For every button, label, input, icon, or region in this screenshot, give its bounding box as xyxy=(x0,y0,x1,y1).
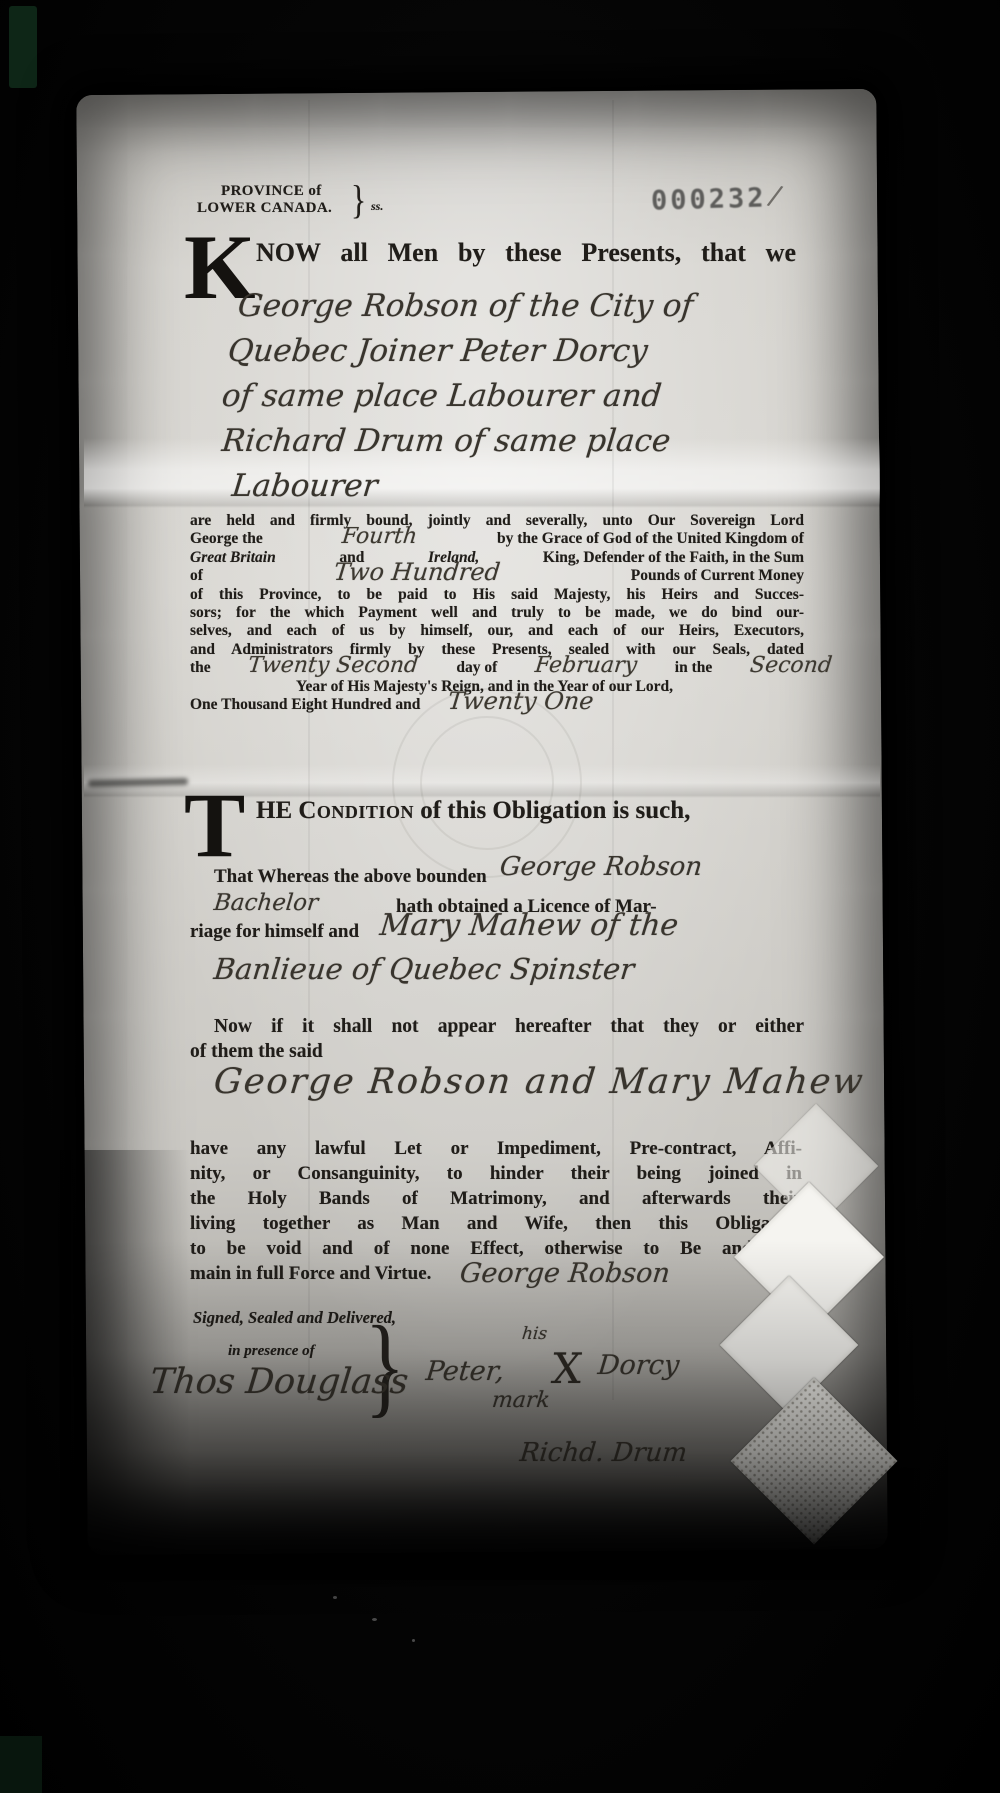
handwritten-groom-status: Bachelor xyxy=(213,890,320,916)
handwritten-bride-name: Mary Mahew of the xyxy=(378,908,680,943)
proviso-clause-line: of them the said xyxy=(190,1041,323,1063)
film-edge-patch-bottom-left xyxy=(0,1736,42,1793)
handwritten-insert-day: Twenty Second xyxy=(248,661,419,671)
defeasance-line: have any lawful Let or Impediment, Pre-c… xyxy=(190,1136,802,1161)
bond-line: of Two Hundred Pounds of Current Money xyxy=(190,567,804,585)
handwritten-obligor-line: George Robson of the City of xyxy=(236,288,695,324)
bond-line: One Thousand Eight Hundred and Twenty On… xyxy=(190,696,804,714)
condition-heading-smallcaps: Condition xyxy=(298,797,414,824)
opening-heading: NOW all Men by these Presents, that we xyxy=(256,238,796,268)
print-fragment: One Thousand Eight Hundred and xyxy=(190,696,420,713)
handwritten-couple-names: George Robson and Mary Mahew xyxy=(212,1062,867,1102)
print-fragment-italic: Great Britain xyxy=(190,549,276,567)
handwritten-obligor-line: Richard Drum of same place xyxy=(220,423,672,459)
handwritten-insert-month: February xyxy=(535,661,638,671)
print-fragment: of xyxy=(190,567,203,585)
handwritten-obligor-line: of same place Labourer and xyxy=(220,378,663,414)
bond-line: George the Fourth by the Grace of God of… xyxy=(190,530,804,548)
print-fragment: in the xyxy=(675,659,712,677)
whereas-clause: That Whereas the above bounden xyxy=(214,866,487,888)
paper-shadow-bottom xyxy=(60,1240,920,1580)
film-speck xyxy=(412,1639,415,1642)
jurat-abbreviation: ss. xyxy=(371,199,383,214)
embossed-seal-watermark xyxy=(420,716,554,850)
defeasance-line: nity, or Consanguinity, to hinder their … xyxy=(190,1161,802,1186)
dropcap-T: T xyxy=(184,782,245,868)
bond-line: sors; for the which Payment well and tru… xyxy=(190,604,804,622)
handwritten-insert-regnal: Fourth xyxy=(342,532,418,542)
print-fragment: George the xyxy=(190,530,263,548)
film-edge-patch-top-left xyxy=(9,6,37,88)
film-speck xyxy=(333,1596,337,1599)
province-caption-line2: LOWER CANADA. xyxy=(197,200,332,217)
archive-stamp-number: 000232 xyxy=(651,182,767,216)
defeasance-line: living together as Man and Wife, then th… xyxy=(190,1211,802,1236)
proviso-clause-line: Now if it shall not appear hereafter tha… xyxy=(214,1016,804,1038)
bond-line: of this Province, to be paid to His said… xyxy=(190,586,804,604)
licence-clause-continued: riage for himself and xyxy=(190,921,359,943)
header-brace: } xyxy=(351,176,366,223)
print-fragment: the xyxy=(190,659,211,677)
bond-line: the Twenty Second day of February in the… xyxy=(190,659,804,677)
bond-obligation-paragraph: are held and firmly bound, jointly and s… xyxy=(190,512,804,714)
handwritten-insert-sum: Two Hundred xyxy=(333,567,500,577)
microfilm-scan-page: PROVINCE of LOWER CANADA. } ss. 000232 /… xyxy=(0,0,1000,1793)
print-fragment: day of xyxy=(456,659,497,677)
print-fragment: Pounds of Current Money xyxy=(631,567,804,585)
bond-line: are held and firmly bound, jointly and s… xyxy=(190,512,804,530)
handwritten-obligor-line: Labourer xyxy=(230,468,379,504)
province-caption-line1: PROVINCE of xyxy=(197,183,332,200)
print-fragment: by the Grace of God of the United Kingdo… xyxy=(497,530,804,548)
print-fragment: King, Defender of the Faith, in the Sum xyxy=(543,549,804,567)
handwritten-bride-residence: Banlieue of Quebec Spinster xyxy=(212,952,636,986)
bond-line: selves, and each of us by himself, our, … xyxy=(190,622,804,640)
province-caption: PROVINCE of LOWER CANADA. xyxy=(197,183,332,217)
film-speck xyxy=(372,1618,377,1621)
defeasance-line: the Holy Bands of Matrimony, and afterwa… xyxy=(190,1186,802,1211)
handwritten-groom-name: George Robson xyxy=(498,852,703,882)
condition-heading: HE Condition of this Obligation is such, xyxy=(256,797,800,825)
handwritten-insert-year: Twenty One xyxy=(448,696,595,706)
handwritten-obligor-line: Quebec Joiner Peter Dorcy xyxy=(226,333,649,369)
handwritten-insert-regnal-year: Second xyxy=(750,661,833,671)
